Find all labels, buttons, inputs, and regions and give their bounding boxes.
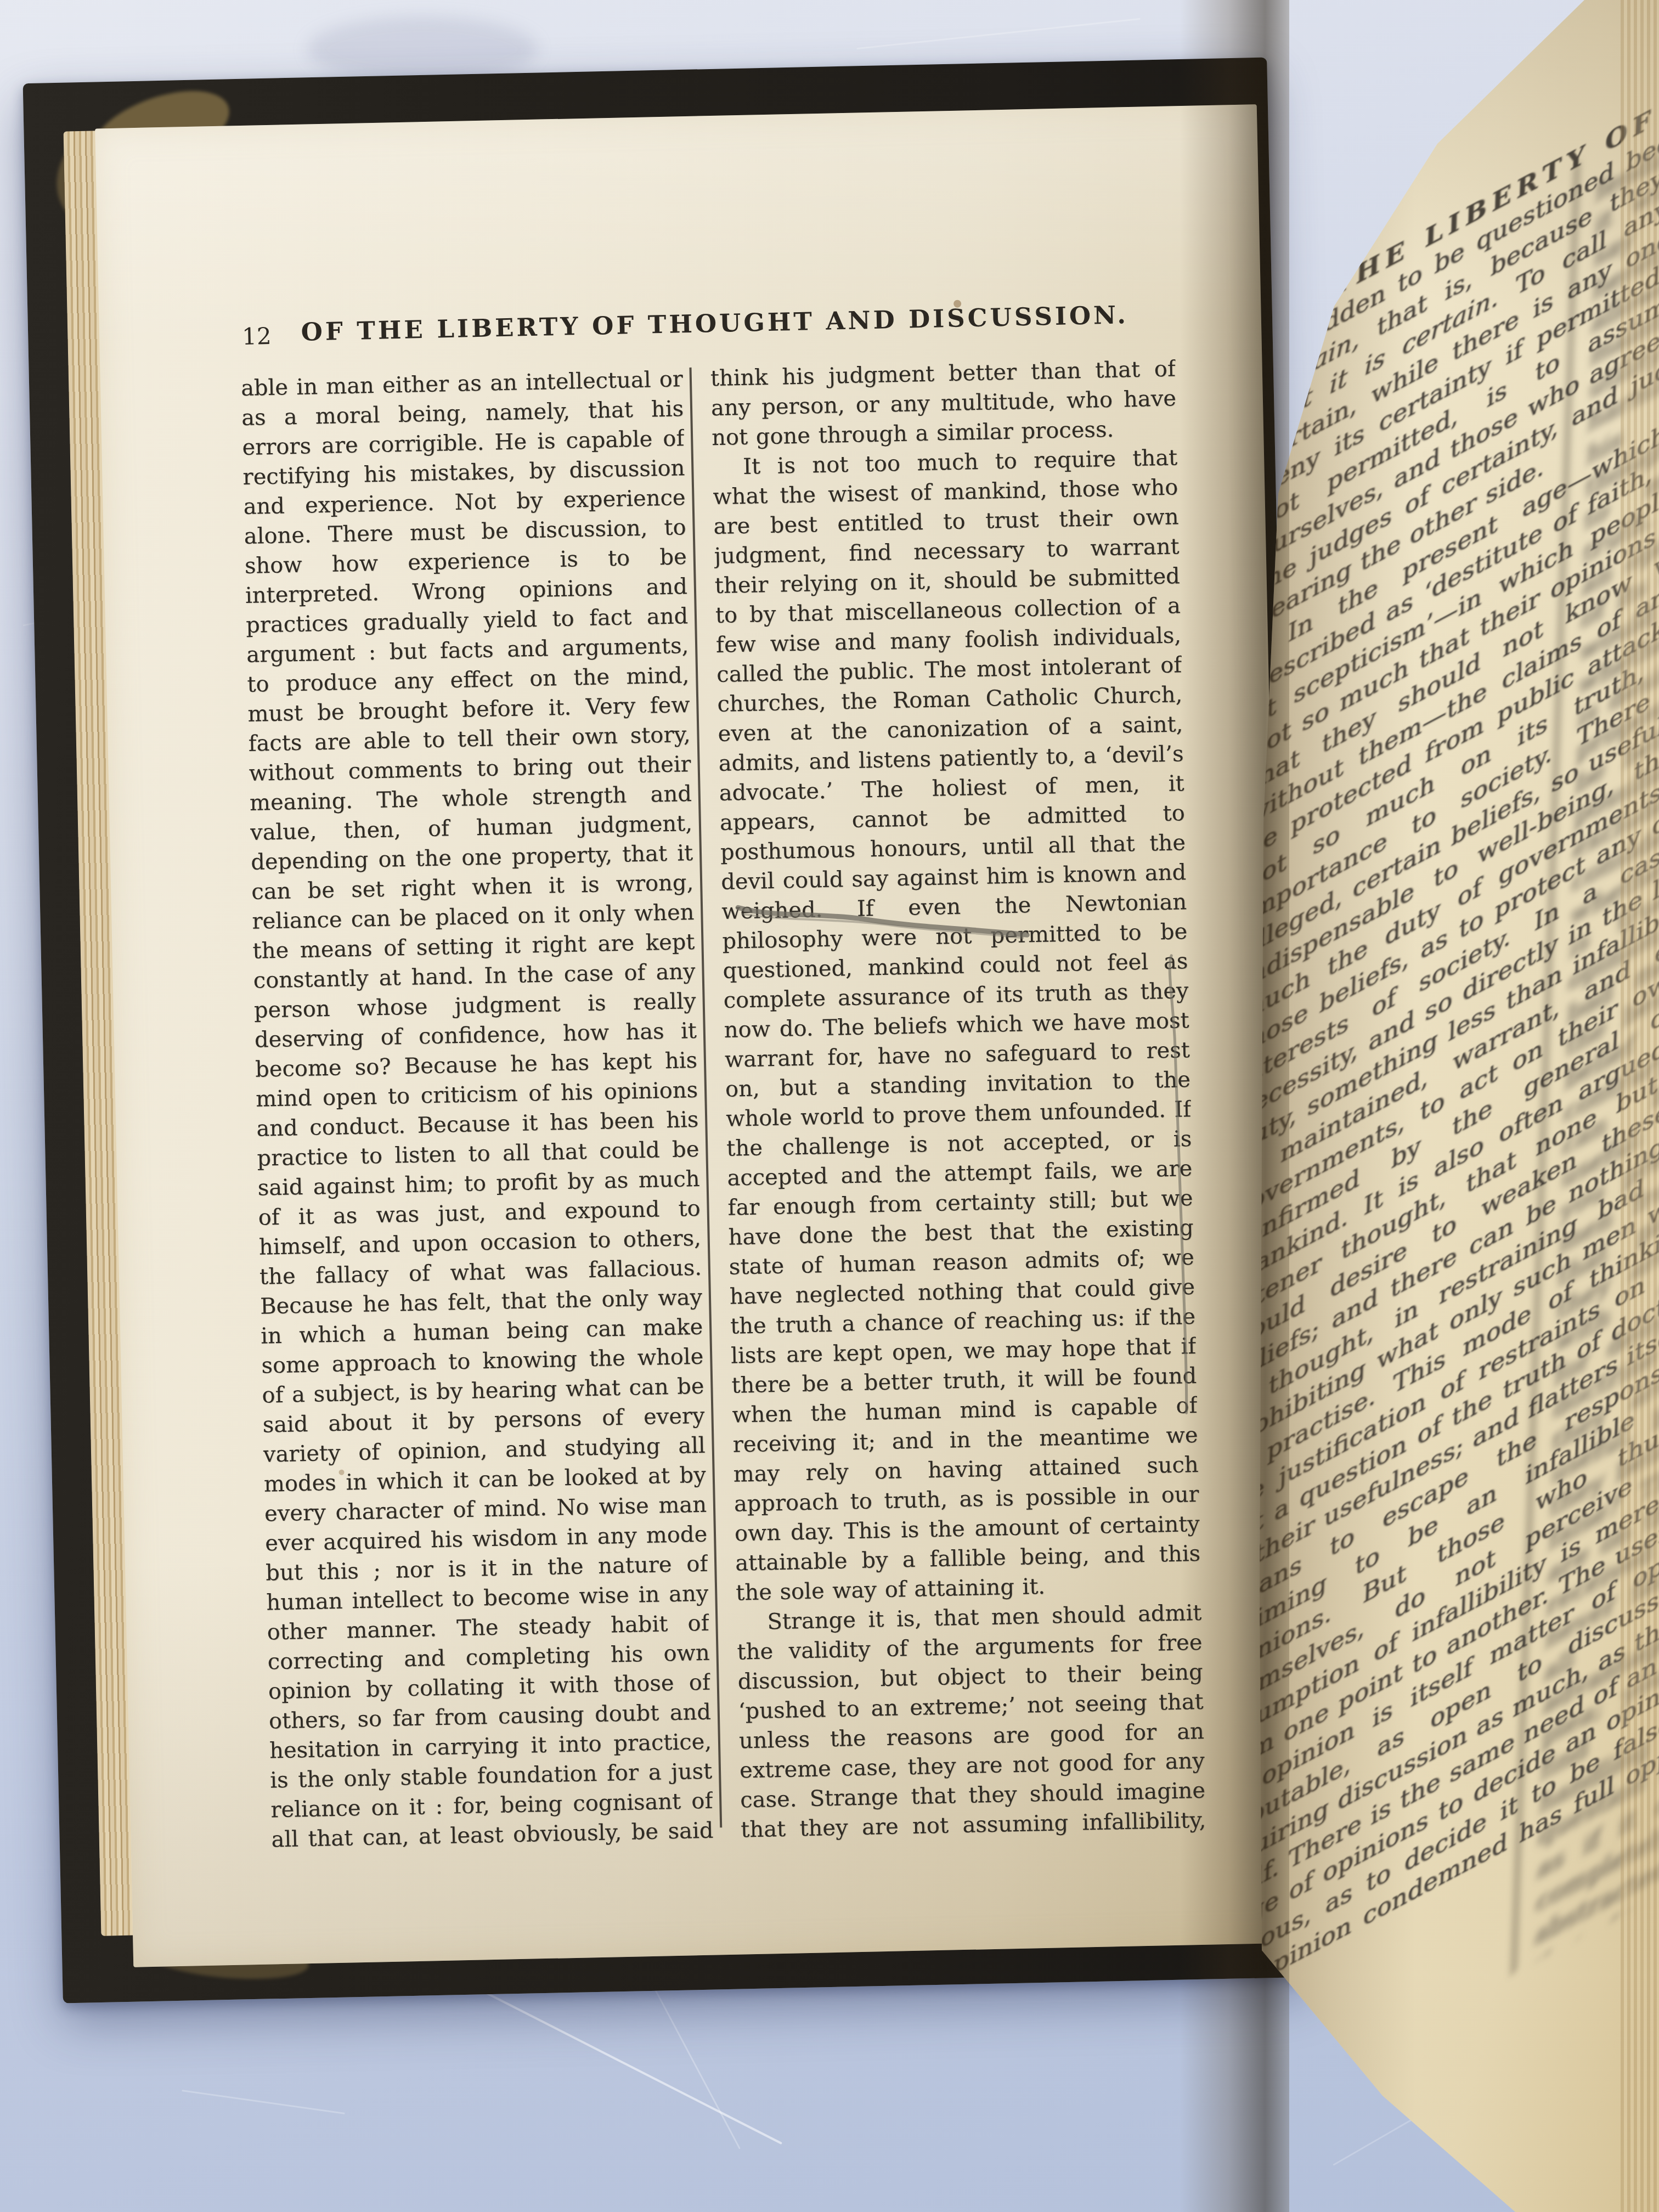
paragraph-continued: able in man either as an intellectual or… <box>241 364 714 1854</box>
text-column-2: think his judgment better than that of a… <box>710 354 1206 1844</box>
text-column-1: able in man either as an intellectual or… <box>241 364 714 1854</box>
page-header: 12 OF THE LIBERTY OF THOUGHT AND DISCUSS… <box>237 299 1192 357</box>
fore-edge-pages <box>1621 0 1659 2212</box>
running-header: OF THE LIBERTY OF THOUGHT AND DISCUSSION… <box>237 299 1192 348</box>
surface-scratch <box>182 2090 345 2114</box>
surface-smudge <box>307 16 538 82</box>
book-photo: 12 OF THE LIBERTY OF THOUGHT AND DISCUSS… <box>0 0 1659 2212</box>
paragraph: It is not too much to require that what … <box>712 443 1201 1607</box>
left-page: 12 OF THE LIBERTY OF THOUGHT AND DISCUSS… <box>95 104 1295 1967</box>
paragraph: Strange it is, that men should admit the… <box>736 1598 1206 1845</box>
surface-scratch <box>856 18 1140 49</box>
paragraph: think his judgment better than that of a… <box>710 354 1177 453</box>
surface-scratch <box>469 1983 782 2145</box>
